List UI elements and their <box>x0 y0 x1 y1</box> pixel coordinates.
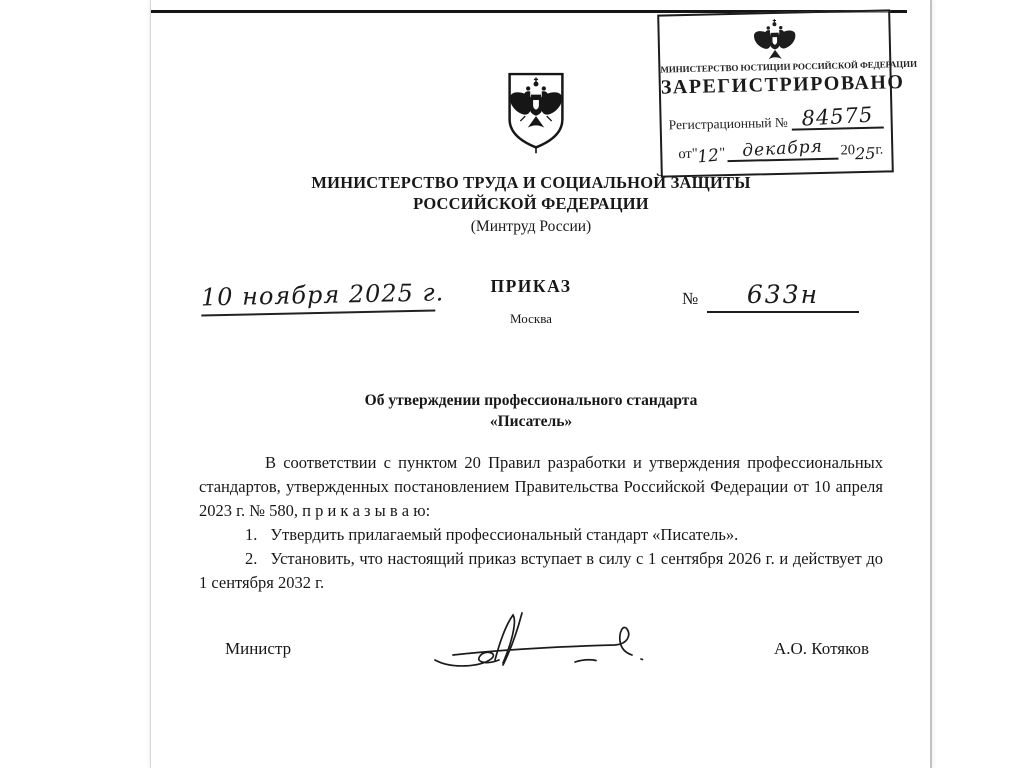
stamp-date-from: от <box>678 146 692 163</box>
stamp-reg-number-field: 84575 <box>791 109 883 131</box>
item-2-text: Установить, что настоящий приказ вступае… <box>199 549 883 592</box>
scanned-document-page: МИНИСТЕРСТВО ЮСТИЦИИ РОССИЙСКОЙ ФЕДЕРАЦИ… <box>150 0 932 768</box>
ministry-name-line2: РОССИЙСКОЙ ФЕДЕРАЦИИ <box>151 193 911 214</box>
stamp-date-day: 12 <box>697 151 720 164</box>
signer-position: Министр <box>225 639 291 659</box>
order-title: Об утверждении профессионального стандар… <box>151 390 911 432</box>
item-1-text: Утвердить прилагаемый профессиональный с… <box>270 525 738 544</box>
minister-signature <box>423 610 673 677</box>
body-paragraph: В соответствии с пунктом 20 Правил разра… <box>199 451 883 523</box>
city-label: Москва <box>151 311 911 327</box>
ministry-short-name: (Минтруд России) <box>151 216 911 237</box>
stamp-date-year-written: 25 <box>855 149 876 159</box>
russia-coat-of-arms-icon <box>503 69 569 160</box>
ministry-heading: МИНИСТЕРСТВО ТРУДА И СОЦИАЛЬНОЙ ЗАЩИТЫ Р… <box>151 172 911 237</box>
stamp-date-month-field: декабря <box>727 141 839 163</box>
stamp-date-row: от "12" декабря 2025г. <box>678 140 883 164</box>
stamp-date-year-printed: 20 <box>840 142 855 159</box>
stamp-date-g: г. <box>875 142 883 159</box>
order-number-value: 633н <box>707 279 859 313</box>
stamp-reg-number-value: 84575 <box>801 108 873 126</box>
order-body: В соответствии с пунктом 20 Правил разра… <box>199 451 883 595</box>
justice-registration-stamp: МИНИСТЕРСТВО ЮСТИЦИИ РОССИЙСКОЙ ФЕДЕРАЦИ… <box>657 9 894 177</box>
order-title-line1: Об утверждении профессионального стандар… <box>151 390 911 411</box>
stamp-date-month: декабря <box>742 142 823 157</box>
ministry-name-line1: МИНИСТЕРСТВО ТРУДА И СОЦИАЛЬНОЙ ЗАЩИТЫ <box>151 172 911 193</box>
item-2-number: 2. <box>245 549 270 568</box>
order-number-sign: № <box>682 289 698 309</box>
stamp-reg-number-label: Регистрационный № <box>669 115 788 134</box>
body-item-2: 2.Установить, что настоящий приказ вступ… <box>199 547 883 595</box>
order-title-line2: «Писатель» <box>151 411 911 432</box>
item-1-number: 1. <box>245 525 270 544</box>
stamp-registration-number-row: Регистрационный № 84575 <box>668 109 883 134</box>
signer-name: А.О. Котяков <box>774 639 869 659</box>
body-item-1: 1.Утвердить прилагаемый профессиональный… <box>199 523 883 547</box>
stamp-quote-close: " <box>719 145 725 162</box>
stamp-registered-label: ЗАРЕГИСТРИРОВАНО <box>661 71 890 99</box>
